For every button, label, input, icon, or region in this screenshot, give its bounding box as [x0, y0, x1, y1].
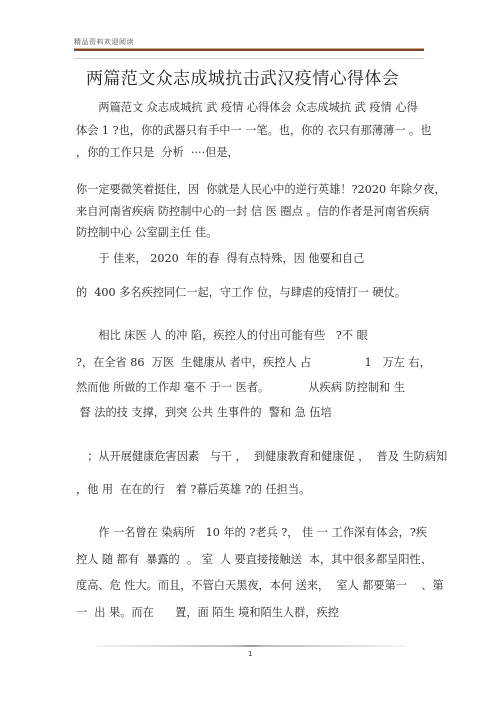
page-number: 1 [248, 650, 252, 658]
text-line: ，你的工作只是 分析 ····但是， [76, 144, 239, 160]
text-line: 体会 1 ?也，你的武器只有手中一 一笔。也，你的 衣只有那薄薄一 。也 [76, 122, 431, 138]
text-line: 控人 随 都有 暴露的 。 室 人 要直接接触送 本，其中很多都呈阳性、 [76, 551, 432, 567]
top-divider [74, 58, 424, 59]
text-line: 两篇范文 众志成城抗 武 疫情 心得体会 众志成城抗 武 疫情 心得 [76, 99, 418, 115]
document-title: 两篇范文众志成城抗击武汉疫情心得体会 [86, 64, 399, 89]
text-line: ?，在全省 86 万医 生健康从 者中，疾控人 占 1 万左 右， [76, 354, 431, 370]
text-line: 来自河南省疾病 防控制中心的一封 信 医 圈点 。信的作者是河南省疾病 [76, 203, 429, 219]
text-line: 你一定要微笑着挺住，因 你就是人民心中的逆行英雄！?2020 年除夕夜， [76, 181, 446, 197]
text-line: 作 一名曾在 染病所 10 年的 ?老兵 ?， 佳 一 工作深有体会，?疾 [76, 524, 427, 540]
text-line: 一 出 果。而在 置，面 陌生 境和陌生人群，疾控 [76, 604, 339, 620]
text-line: 防控制中心 公室副主任 佳。 [76, 224, 217, 240]
footer-divider [96, 645, 406, 647]
text-line: 督 法的技 支撑，到突 公共 生事件的 警和 急 伍培 [76, 404, 332, 420]
text-line: 于 佳来， 2020 年的春 得有点特殊，因 他要和自己 [76, 250, 364, 266]
text-line: ；从开展健康危害因素 与干 ， 到健康教育和健康促 ， 普及 生防病知 [76, 448, 447, 464]
text-line: 然而他 所做的工作却 毫不 于一 医者。 从疾病 防控制和 生 [76, 379, 405, 395]
text-line: 度高、危 性大。而且，不管白天黑夜，本何 送来， 室人 都要第一 、第 [76, 577, 444, 593]
text-line: ，他 用 在在的行 着 ?幕后英雄 ?的 任担当。 [76, 481, 310, 497]
header-text: 精品资料欢迎阅读 [74, 37, 134, 47]
header-divider [74, 48, 424, 51]
text-line: 的 400 多名疾控同仁一起，守工作 位，与肆虐的疫情打一 硬仗。 [76, 284, 406, 300]
text-line: 相比 床医 人 的冲 陷，疾控人的付出可能有些 ?不 眼 [76, 327, 368, 343]
